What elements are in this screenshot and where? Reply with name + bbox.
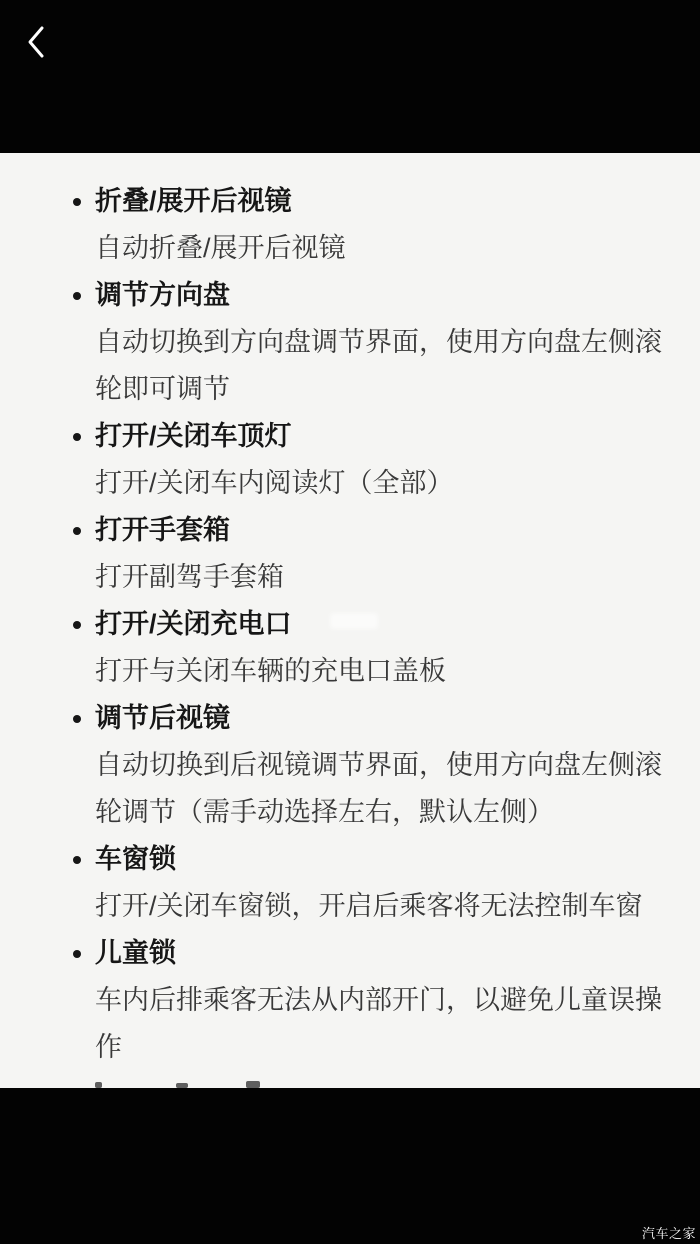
list-item: 调节方向盘 自动切换到方向盘调节界面，使用方向盘左侧滚轮即可调节 [73, 272, 700, 413]
item-title-row: 调节后视镜 [73, 695, 700, 742]
item-title: 打开手套箱 [95, 507, 230, 554]
list-item: 打开手套箱 打开副驾手套箱 [73, 507, 700, 601]
item-title-row: 打开/关闭车顶灯 [73, 413, 700, 460]
list-item: 折叠/展开后视镜 自动折叠/展开后视镜 [73, 178, 700, 272]
list-item: 儿童锁 车内后排乘客无法从内部开门，以避免儿童误操作 [73, 930, 700, 1071]
footer-bar: 汽车之家 [0, 1088, 700, 1244]
chevron-left-icon [26, 25, 46, 59]
bullet-dot [73, 527, 81, 535]
brand-watermark: 汽车之家 [642, 1227, 696, 1241]
bullet-dot [73, 950, 81, 958]
list-item: 调节后视镜 自动切换到后视镜调节界面，使用方向盘左侧滚轮调节（需手动选择左右，默… [73, 695, 700, 836]
item-title-row: 车窗锁 [73, 836, 700, 883]
bullet-dot [73, 621, 81, 629]
item-description: 打开/关闭车窗锁，开启后乘客将无法控制车窗 [95, 883, 673, 930]
item-description: 车内后排乘客无法从内部开门，以避免儿童误操作 [95, 977, 673, 1071]
item-title: 打开/关闭车顶灯 [95, 413, 292, 460]
item-title: 打开/关闭充电口 [95, 601, 292, 648]
item-description: 打开与关闭车辆的充电口盖板 [95, 648, 673, 695]
content-area[interactable]: 折叠/展开后视镜 自动折叠/展开后视镜 调节方向盘 自动切换到方向盘调节界面，使… [0, 153, 700, 1088]
item-title: 调节方向盘 [95, 272, 230, 319]
list-item: 打开/关闭充电口 打开与关闭车辆的充电口盖板 [73, 601, 700, 695]
bullet-dot [73, 198, 81, 206]
item-title-row: 折叠/展开后视镜 [73, 178, 700, 225]
item-title-row: 打开手套箱 [73, 507, 700, 554]
command-list: 折叠/展开后视镜 自动折叠/展开后视镜 调节方向盘 自动切换到方向盘调节界面，使… [0, 153, 700, 1071]
item-description: 自动切换到方向盘调节界面，使用方向盘左侧滚轮即可调节 [95, 319, 673, 413]
back-button[interactable] [12, 18, 60, 66]
item-description: 自动折叠/展开后视镜 [95, 225, 673, 272]
bullet-dot [73, 292, 81, 300]
list-item: 车窗锁 打开/关闭车窗锁，开启后乘客将无法控制车窗 [73, 836, 700, 930]
item-description: 打开/关闭车内阅读灯（全部） [95, 460, 673, 507]
list-item: 打开/关闭车顶灯 打开/关闭车内阅读灯（全部） [73, 413, 700, 507]
item-title-row: 儿童锁 [73, 930, 700, 977]
item-title: 折叠/展开后视镜 [95, 178, 292, 225]
bullet-dot [73, 856, 81, 864]
item-description: 打开副驾手套箱 [95, 554, 673, 601]
item-title: 儿童锁 [95, 930, 176, 977]
item-title-row: 打开/关闭充电口 [73, 601, 700, 648]
item-title: 车窗锁 [95, 836, 176, 883]
bullet-dot [73, 433, 81, 441]
app-header [0, 0, 700, 153]
item-title: 调节后视镜 [95, 695, 230, 742]
bullet-dot [73, 715, 81, 723]
item-description: 自动切换到后视镜调节界面，使用方向盘左侧滚轮调节（需手动选择左右，默认左侧） [95, 742, 673, 836]
item-title-row: 调节方向盘 [73, 272, 700, 319]
